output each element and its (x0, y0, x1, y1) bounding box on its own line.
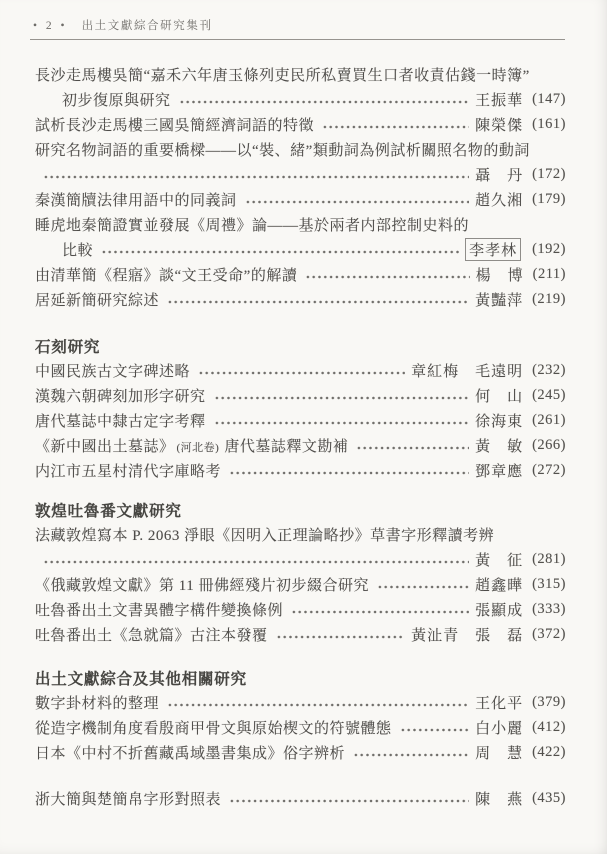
entry-title-continuation: 比較 (62, 239, 93, 260)
entry-author: 張顯成 (475, 599, 523, 620)
toc-entry-row: 吐魯番出土《急就篇》古注本發覆 黃沚青 張 磊 (372) (35, 622, 566, 647)
entry-page: (147) (532, 91, 566, 108)
entry-page: (266) (532, 437, 566, 454)
dot-leader (356, 444, 469, 452)
toc-content: 長沙走馬樓吳簡“嘉禾六年唐玉條列吏民所私賣買生口者收責估錢一時簿” 初步復原與研… (35, 62, 566, 811)
toc-entry-row: 漢魏六朝碑刻加形字研究 何 山 (245) (35, 383, 566, 408)
entry-page: (192) (532, 241, 566, 258)
toc-entry-row: 數字卦材料的整理 王化平 (379) (35, 690, 566, 715)
dot-leader (353, 751, 469, 759)
entry-title-volume-note: (河北卷) (177, 442, 220, 454)
entry-title: 居延新簡研究綜述 (35, 289, 159, 310)
entry-page: (379) (532, 694, 566, 711)
page-header: • 2 • 出土文獻綜合研究集刊 (30, 0, 565, 40)
page-number-marker: • 2 • (33, 20, 68, 32)
entry-title: 日本《中村不折舊藏禹域墨書集成》俗字辨析 (35, 742, 345, 763)
entry-title: 吐魯番出土《急就篇》古注本發覆 (35, 624, 268, 645)
entry-page: (422) (532, 744, 566, 761)
entry-author: 陳 燕 (475, 788, 523, 809)
toc-entry-row: 聶 丹 (172) (35, 162, 566, 187)
entry-page: (245) (532, 387, 566, 404)
dot-leader (276, 633, 406, 641)
toc-entry-row: 《新中國出土墓誌》(河北卷)唐代墓誌釋文勘補 黃 敏 (266) (35, 433, 566, 458)
toc-entry-row: 試析長沙走馬樓三國吳簡經濟詞語的特徵 陳榮傑 (161) (35, 112, 566, 137)
entry-title: 從造字機制角度看殷商甲骨文與原始楔文的符號體態 (35, 717, 392, 738)
entry-author: 鄧章應 (475, 460, 523, 481)
toc-entry-row: 由清華簡《程寤》談“文王受命”的解讀 楊 博 (211) (35, 262, 566, 287)
entry-title: 吐魯番出土文書異體字構件變換條例 (35, 599, 283, 620)
entry-title: 中國民族古文字碑述略 (35, 360, 190, 381)
toc-entry-row: 睡虎地秦簡證實並發展《周禮》論——基於兩者内部控制史料的 (35, 212, 566, 237)
entry-title: 試析長沙走馬樓三國吳簡經濟詞語的特徵 (35, 114, 314, 135)
toc-entry-row: 日本《中村不折舊藏禹域墨書集成》俗字辨析 周 慧 (422) (35, 740, 566, 765)
toc-page: • 2 • 出土文獻綜合研究集刊 長沙走馬樓吳簡“嘉禾六年唐玉條列吏民所私賣買生… (0, 0, 607, 854)
entry-author: 何 山 (475, 385, 523, 406)
dot-leader (245, 198, 470, 206)
entry-page: (435) (532, 790, 566, 807)
dot-leader (101, 248, 459, 256)
entry-page: (272) (532, 462, 566, 479)
entry-page: (211) (533, 266, 566, 283)
entry-author: 黃沚青 張 磊 (411, 624, 523, 645)
toc-entry-row: 居延新簡研究綜述 黃豔萍 (219) (35, 287, 566, 312)
entry-page: (232) (532, 362, 566, 379)
entry-author: 王化平 (475, 692, 523, 713)
entry-author: 章紅梅 毛遠明 (411, 360, 523, 381)
entry-title: 數字卦材料的整理 (35, 692, 159, 713)
entry-title-part: 《新中國出土墓誌》 (35, 439, 175, 455)
entry-page: (372) (532, 626, 566, 643)
entry-author: 黃 征 (475, 549, 523, 570)
dot-leader (167, 701, 469, 709)
entry-title: 唐代墓誌中隸古定字考釋 (35, 410, 206, 431)
dot-leader (291, 608, 469, 616)
entry-title: 由清華簡《程寤》談“文王受命”的解讀 (35, 264, 297, 285)
entry-title: 浙大簡與楚簡帛字形對照表 (35, 788, 221, 809)
entry-page: (412) (532, 719, 566, 736)
entry-page: (315) (532, 576, 566, 593)
toc-entry-row: 内江市五星村清代字庫略考 鄧章應 (272) (35, 458, 566, 483)
entry-author: 趙久湘 (475, 189, 523, 210)
toc-entry-row: 唐代墓誌中隸古定字考釋 徐海東 (261) (35, 408, 566, 433)
dot-leader (322, 123, 469, 131)
entry-page: (179) (532, 191, 566, 208)
dot-leader (400, 726, 470, 734)
entry-title: 秦漢簡牘法律用語中的同義詞 (35, 189, 237, 210)
toc-entry-row: 《俄藏敦煌文獻》第 11 冊佛經殘片初步綴合研究 趙鑫曄 (315) (35, 572, 566, 597)
toc-entry-row: 從造字機制角度看殷商甲骨文與原始楔文的符號體態 白小麗 (412) (35, 715, 566, 740)
entry-author: 徐海東 (475, 410, 523, 431)
entry-page: (261) (532, 412, 566, 429)
entry-author: 周 慧 (475, 742, 523, 763)
dot-leader (377, 583, 469, 591)
dot-leader (167, 298, 469, 306)
entry-title-continuation: 初步復原與研究 (62, 89, 171, 110)
toc-entry-row: 法藏敦煌寫本 P. 2063 淨眼《因明入正理論略抄》草書字形釋讀考辨 (35, 522, 566, 547)
entry-title: 法藏敦煌寫本 P. 2063 淨眼《因明入正理論略抄》草書字形釋讀考辨 (35, 524, 494, 545)
dot-leader (198, 369, 405, 377)
entry-author: 陳榮傑 (475, 114, 523, 135)
section-heading-shike: 石刻研究 (35, 333, 566, 358)
entry-author: 趙鑫曄 (475, 574, 523, 595)
dot-leader (43, 558, 469, 566)
entry-title-composite: 《新中國出土墓誌》(河北卷)唐代墓誌釋文勘補 (35, 435, 348, 456)
toc-entry-row: 秦漢簡牘法律用語中的同義詞 趙久湘 (179) (35, 187, 566, 212)
dot-leader (214, 419, 470, 427)
dot-leader (229, 469, 469, 477)
entry-author: 王振華 (475, 89, 523, 110)
dot-leader (305, 273, 469, 281)
section-heading-dunhuang: 敦煌吐魯番文獻研究 (35, 497, 566, 522)
dot-leader (43, 173, 469, 181)
toc-entry-row: 黃 征 (281) (35, 547, 566, 572)
entry-author-highlight-box: 李孝林 (465, 238, 521, 261)
book-title: 出土文獻綜合研究集刊 (82, 17, 213, 33)
dot-leader (214, 394, 470, 402)
entry-page: (219) (532, 291, 566, 308)
entry-page: (333) (532, 601, 566, 618)
entry-author: 楊 博 (476, 264, 524, 285)
entry-title: 長沙走馬樓吳簡“嘉禾六年唐玉條列吏民所私賣買生口者收責估錢一時簿” (35, 64, 530, 85)
entry-page: (172) (532, 166, 566, 183)
toc-entry-row: 初步復原與研究 王振華 (147) (35, 87, 566, 112)
entry-author: 聶 丹 (475, 164, 523, 185)
section-heading-zonghe: 出土文獻綜合及其他相關研究 (35, 665, 566, 690)
toc-entry-row: 浙大簡與楚簡帛字形對照表 陳 燕 (435) (35, 786, 566, 811)
entry-author: 黃 敏 (475, 435, 523, 456)
toc-entry-row: 研究名物詞語的重要橋樑——以“裝、緒”類動詞為例試析關照名物的動詞 (35, 137, 566, 162)
entry-title: 漢魏六朝碑刻加形字研究 (35, 385, 206, 406)
entry-title: 《俄藏敦煌文獻》第 11 冊佛經殘片初步綴合研究 (35, 574, 369, 595)
entry-author: 白小麗 (475, 717, 523, 738)
dot-leader (229, 797, 469, 805)
entry-author: 黃豔萍 (475, 289, 523, 310)
toc-entry-row: 長沙走馬樓吳簡“嘉禾六年唐玉條列吏民所私賣買生口者收責估錢一時簿” (35, 62, 566, 87)
entry-title-part: 唐代墓誌釋文勘補 (224, 439, 348, 455)
toc-entry-row: 比較 李孝林 (192) (35, 237, 566, 262)
entry-title: 内江市五星村清代字庫略考 (35, 460, 221, 481)
toc-entry-row: 吐魯番出土文書異體字構件變換條例 張顯成 (333) (35, 597, 566, 622)
entry-title: 研究名物詞語的重要橋樑——以“裝、緒”類動詞為例試析關照名物的動詞 (35, 139, 530, 160)
toc-entry-row: 中國民族古文字碑述略 章紅梅 毛遠明 (232) (35, 358, 566, 383)
entry-page: (161) (532, 116, 566, 133)
dot-leader (179, 98, 470, 106)
entry-page: (281) (532, 551, 566, 568)
entry-title: 睡虎地秦簡證實並發展《周禮》論——基於兩者内部控制史料的 (35, 214, 469, 235)
